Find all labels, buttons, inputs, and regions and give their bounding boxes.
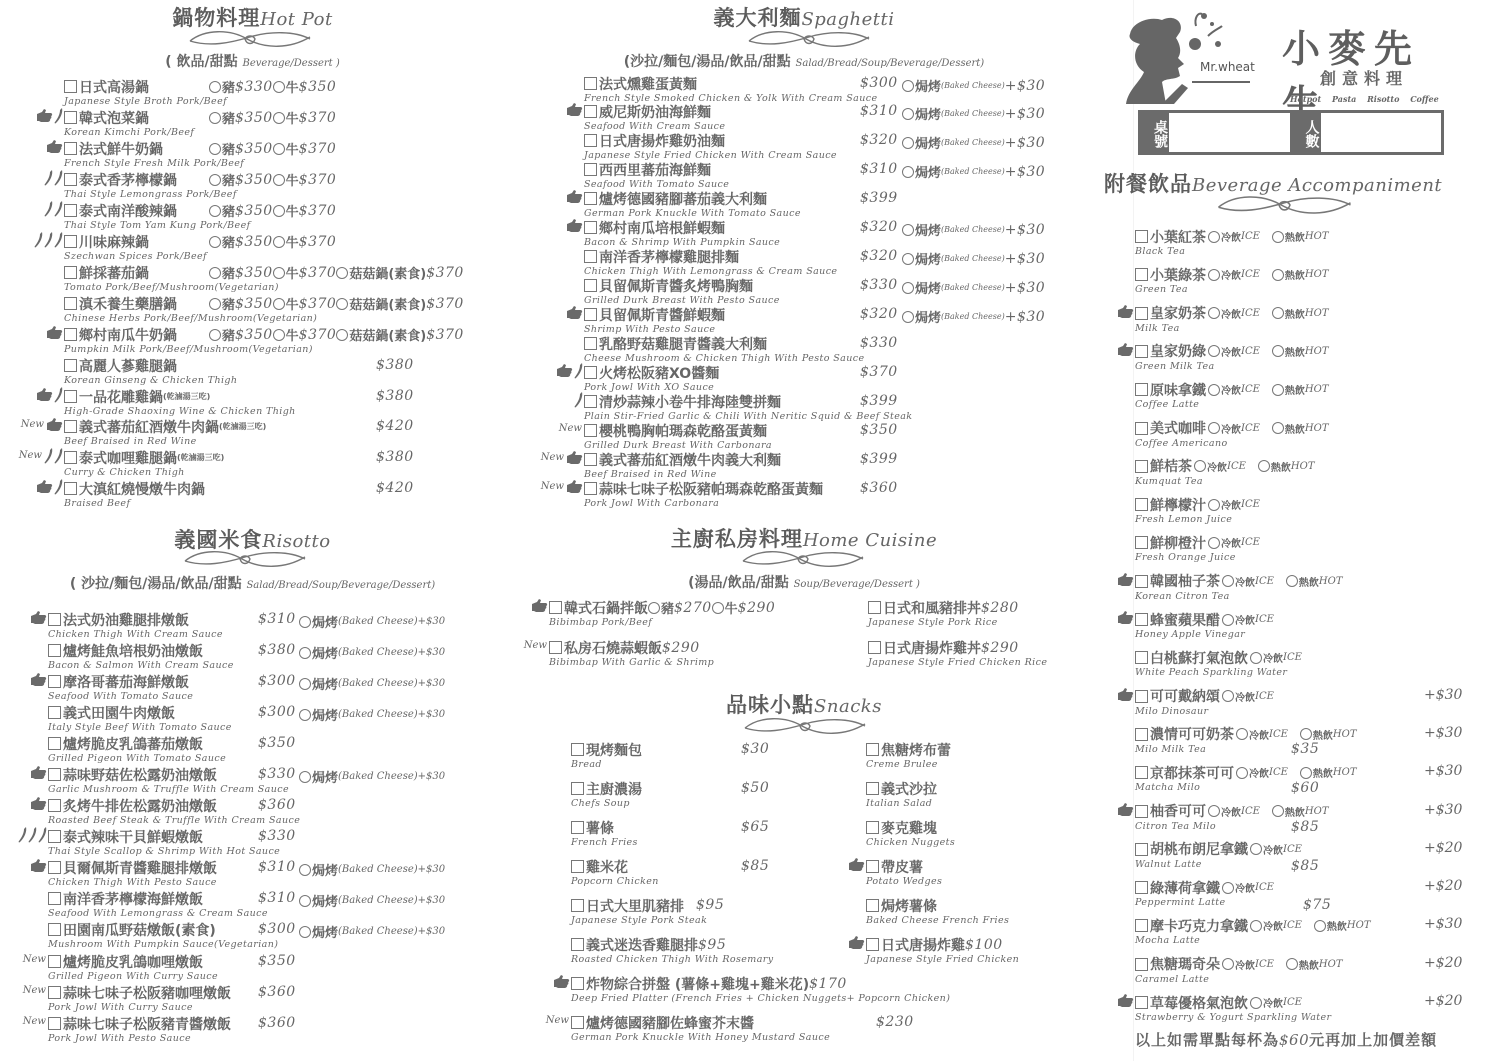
ice-radio[interactable] [1208, 384, 1220, 396]
item-checkbox[interactable] [64, 204, 77, 217]
item-checkbox[interactable] [868, 601, 881, 614]
item-checkbox[interactable] [48, 675, 61, 688]
item-checkbox[interactable] [866, 821, 879, 834]
menu-item-name: 威尼斯奶油海鮮麵 [599, 102, 711, 122]
menu-item-main: 義式蕃茄紅酒燉牛肉義大利麵 [584, 451, 781, 468]
hot-option: 熱飲HOT [1272, 229, 1329, 244]
baked-cheese-radio[interactable] [299, 616, 311, 628]
ice-label: 冷飲 [1221, 535, 1241, 550]
ice-label: 冷飲 [1221, 804, 1241, 819]
menu-item: 主廚濃湯$50Chefs Soup [571, 780, 642, 810]
menu-item-main: 麥克雞塊 [866, 819, 955, 836]
item-checkbox[interactable] [48, 737, 61, 750]
item-checkbox[interactable] [866, 899, 879, 912]
ice-radio[interactable] [1250, 920, 1262, 932]
item-checkbox[interactable] [1135, 613, 1148, 626]
price-option-radio[interactable] [209, 298, 221, 310]
beverage-english: Honey Apple Vinegar [1135, 628, 1274, 641]
beverage-item: 皇家奶茶冷飲ICE熱飲HOTMilk Tea [1135, 305, 1329, 335]
menu-item-english: Thai Style Tom Yam Kung Pork/Beef [64, 219, 336, 232]
hot-radio[interactable] [1272, 805, 1284, 817]
menu-item: 日式大里肌豬排$95Japanese Style Pork Steak [571, 897, 707, 927]
item-checkbox[interactable] [866, 860, 879, 873]
ice-radio[interactable] [1194, 460, 1206, 472]
beverage-item-main: 濃情可可奶茶冷飲ICE熱飲HOT [1135, 726, 1357, 743]
item-checkbox[interactable] [866, 743, 879, 756]
ice-radio[interactable] [1236, 767, 1248, 779]
item-checkbox[interactable] [868, 641, 881, 654]
item-checkbox[interactable] [1135, 575, 1148, 588]
ice-radio[interactable] [1208, 537, 1220, 549]
item-checkbox[interactable] [64, 359, 77, 372]
ice-label: 冷飲 [1249, 765, 1269, 780]
item-checkbox[interactable] [64, 266, 77, 279]
item-checkbox[interactable] [64, 297, 77, 310]
item-checkbox[interactable] [48, 706, 61, 719]
ice-radio[interactable] [1208, 499, 1220, 511]
hot-radio[interactable] [1272, 231, 1284, 243]
price-option-radio[interactable] [273, 112, 285, 124]
price-option-radio[interactable] [336, 298, 348, 310]
option-label: 牛 [286, 139, 299, 158]
item-checkbox[interactable] [48, 644, 61, 657]
ice-label: 冷飲 [1263, 995, 1283, 1010]
baked-label: 焗烤 [312, 612, 338, 631]
recommended-thumb-icon [36, 387, 53, 406]
baked-cheese-option: 焗烤(Baked Cheese)+$30 [299, 674, 445, 693]
price-option-radio[interactable] [712, 602, 724, 614]
item-checkbox[interactable] [64, 111, 77, 124]
menu-item: 威尼斯奶油海鮮麵$310焗烤(Baked Cheese)+$30Seafood … [584, 103, 725, 133]
beverage-name: 小葉紅茶 [1150, 227, 1206, 247]
price-option-radio[interactable] [273, 236, 285, 248]
item-checkbox[interactable] [584, 482, 597, 495]
ice-english: ICE [1241, 308, 1260, 319]
ice-english: ICE [1283, 652, 1302, 663]
ice-label: 冷飲 [1263, 842, 1283, 857]
hot-english: HOT [1305, 384, 1329, 395]
price-option-radio[interactable] [273, 298, 285, 310]
menu-item-price: $320 [860, 306, 898, 322]
menu-item-name: 泰式辣味干貝鮮蝦燉飯 [63, 827, 203, 847]
item-checkbox[interactable] [64, 142, 77, 155]
hot-radio[interactable] [1272, 307, 1284, 319]
menu-item-main: 泰式香茅檸檬鍋豬$350牛$370 [64, 171, 336, 188]
chili-spicy-icon [54, 201, 63, 221]
ice-radio[interactable] [1222, 958, 1234, 970]
baked-cheese-radio[interactable] [299, 864, 311, 876]
hot-option: 熱飲HOT [1272, 306, 1329, 321]
recommended-thumb-icon [46, 325, 63, 344]
item-checkbox[interactable] [571, 782, 584, 795]
menu-item-name: 貝爾佩斯青醬雞腿排燉飯 [63, 858, 217, 878]
item-checkbox[interactable] [64, 420, 77, 433]
ice-radio[interactable] [1222, 575, 1234, 587]
menu-item: 蒜味野菇佐松露奶油燉飯$330焗烤(Baked Cheese)+$30Garli… [48, 766, 289, 796]
menu-item-price: $350 [258, 735, 296, 751]
item-checkbox[interactable] [584, 77, 597, 90]
item-checkbox[interactable] [48, 955, 61, 968]
menu-item-main: 鄉村南瓜培根鮮蝦麵 [584, 219, 780, 236]
recommended-thumb-icon [566, 102, 583, 121]
menu-item: 爐烤德國豬腳蕃茄義大利麵$399German Pork Knuckle With… [584, 190, 801, 220]
option-price: $370 [426, 265, 464, 281]
menu-item: 蒜味七味子松阪豬帕瑪森乾酪蛋黃麵$360Pork Jowl With Carbo… [584, 480, 823, 510]
ice-radio[interactable] [1222, 690, 1234, 702]
hot-radio[interactable] [1272, 269, 1284, 281]
item-checkbox[interactable] [571, 938, 584, 951]
beverage-footer-note: 以上如需單點每杯為$60元再加上加價差額 [1135, 1029, 1437, 1050]
item-checkbox[interactable] [1135, 919, 1148, 932]
item-markers: New [23, 953, 47, 970]
item-markers [1117, 573, 1134, 590]
recommended-thumb-icon [30, 765, 47, 784]
baked-cheese-radio[interactable] [299, 771, 311, 783]
hot-option: 熱飲HOT [1272, 267, 1329, 282]
item-markers [30, 766, 47, 783]
beverage-english: White Peach Sparkling Water [1135, 666, 1302, 679]
price-option-radio[interactable] [209, 329, 221, 341]
hot-radio[interactable] [1272, 345, 1284, 357]
ice-radio[interactable] [1208, 231, 1220, 243]
menu-item-english: Tomato Pork/Beef/Mushroom(Vegetarian) [64, 281, 464, 294]
ice-radio[interactable] [1250, 997, 1262, 1009]
menu-item-main: 爐烤脆皮乳鴿蕃茄燉飯 [48, 735, 226, 752]
menu-item-english: Bread [571, 758, 642, 771]
beverage-english: Korean Citron Tea [1135, 590, 1343, 603]
price-option-radio[interactable] [273, 143, 285, 155]
item-checkbox[interactable] [1135, 268, 1148, 281]
menu-item-english: Korean Ginseng & Chicken Thigh [64, 374, 237, 387]
baked-cheese-radio[interactable] [902, 137, 914, 149]
menu-item: 法式燻雞蛋黃麵$300焗烤(Baked Cheese)+$30French St… [584, 75, 878, 105]
menu-item: 法式奶油雞腿排燉飯$310焗烤(Baked Cheese)+$30Chicken… [48, 611, 223, 641]
ice-english: ICE [1269, 767, 1288, 778]
item-checkbox[interactable] [584, 453, 597, 466]
item-checkbox[interactable] [48, 830, 61, 843]
item-checkbox[interactable] [584, 250, 597, 263]
baked-cheese-radio[interactable] [299, 678, 311, 690]
hot-radio[interactable] [1314, 920, 1326, 932]
item-checkbox[interactable] [64, 173, 77, 186]
upcharge-price: +$20 [1424, 878, 1462, 894]
ice-english: ICE [1241, 231, 1260, 242]
ice-radio[interactable] [1250, 843, 1262, 855]
item-checkbox[interactable] [1135, 766, 1148, 779]
item-checkbox[interactable] [1135, 307, 1148, 320]
beverage-english: Caramel Latte [1135, 973, 1343, 986]
beverage-name: 美式咖啡 [1150, 418, 1206, 438]
item-checkbox[interactable] [48, 799, 61, 812]
price-option-radio[interactable] [209, 205, 221, 217]
menu-item-main: 威尼斯奶油海鮮麵 [584, 103, 725, 120]
menu-item-english: Bibimbap With Garlic & Shrimp [549, 656, 714, 669]
item-markers [1117, 803, 1134, 820]
price-option-radio[interactable] [273, 329, 285, 341]
baked-cheese-radio[interactable] [299, 895, 311, 907]
ice-option: 冷飲ICE [1236, 727, 1288, 742]
baked-cheese-radio[interactable] [299, 709, 311, 721]
menu-item-english: Seafood With Tomato Sauce [48, 690, 193, 703]
item-checkbox[interactable] [1135, 958, 1148, 971]
item-checkbox[interactable] [1135, 805, 1148, 818]
item-checkbox[interactable] [48, 923, 61, 936]
upcharge-price: +$20 [1424, 840, 1462, 856]
item-checkbox[interactable] [584, 337, 597, 350]
option-label: 菇菇鍋(素食) [349, 325, 426, 344]
option-price: $370 [426, 296, 464, 312]
item-checkbox[interactable] [584, 308, 597, 321]
hot-radio[interactable] [1286, 575, 1298, 587]
item-checkbox[interactable] [584, 105, 597, 118]
beverage-item: 草莓優格氣泡飲冷飲ICEStrawberry & Yogurt Sparklin… [1135, 994, 1332, 1024]
spaghetti-title: 義大利麵Spaghetti [508, 2, 1100, 32]
recommended-thumb-icon [566, 479, 583, 498]
baked-cheese-radio[interactable] [299, 647, 311, 659]
item-checkbox[interactable] [1135, 728, 1148, 741]
baked-cheese-radio[interactable] [902, 253, 914, 265]
menu-item: 滇禾養生藥膳鍋豬$350牛$370菇菇鍋(素食)$370Chinese Herb… [64, 295, 464, 325]
price-option: 豬$350 [209, 139, 273, 158]
menu-item: 焗烤薯條$75Baked Cheese French Fries [866, 897, 1009, 927]
price-option: 牛$290 [712, 598, 776, 617]
baked-cheese-radio[interactable] [902, 80, 914, 92]
upcharge-price: +$30 [1424, 763, 1462, 779]
price-option-radio[interactable] [209, 143, 221, 155]
beverage-item: 原味拿鐵冷飲ICE熱飲HOTCoffee Latte [1135, 381, 1329, 411]
item-checkbox[interactable] [48, 861, 61, 874]
item-checkbox[interactable] [571, 743, 584, 756]
item-checkbox[interactable] [64, 235, 77, 248]
baked-cheese-radio[interactable] [902, 166, 914, 178]
item-checkbox[interactable] [584, 424, 597, 437]
menu-item-name: 日式和風豬排丼 [883, 598, 981, 618]
recommended-thumb-icon [556, 363, 573, 382]
price-option-radio[interactable] [336, 329, 348, 341]
ice-label: 冷飲 [1249, 727, 1269, 742]
ice-radio[interactable] [1222, 882, 1234, 894]
item-checkbox[interactable] [64, 390, 77, 403]
people-count-field[interactable] [1321, 113, 1442, 152]
price-option-radio[interactable] [648, 602, 660, 614]
hot-radio[interactable] [1300, 767, 1312, 779]
ice-radio[interactable] [1208, 345, 1220, 357]
price-option-radio[interactable] [209, 112, 221, 124]
menu-item: 泰式咖哩雞腿鍋(乾滷湯三吃)$380Curry & Chicken Thigh [64, 449, 224, 479]
ice-radio[interactable] [1208, 307, 1220, 319]
item-checkbox[interactable] [64, 328, 77, 341]
option-price: $370 [299, 296, 337, 312]
menu-item-name: 義式迷迭香雞腿排 [586, 935, 698, 955]
ice-english: ICE [1283, 844, 1302, 855]
menu-item-english: Chicken Nuggets [866, 836, 955, 849]
item-checkbox[interactable] [571, 977, 584, 990]
item-checkbox[interactable] [48, 892, 61, 905]
item-markers [30, 859, 47, 876]
hot-label: 熱飲 [1299, 574, 1319, 589]
table-number-field[interactable] [1169, 113, 1290, 152]
ice-label: 冷飲 [1235, 574, 1255, 589]
menu-item-main: 泰式咖哩雞腿鍋(乾滷湯三吃) [64, 449, 224, 466]
hot-radio[interactable] [1258, 460, 1270, 472]
item-markers [566, 103, 583, 120]
ice-radio[interactable] [1250, 652, 1262, 664]
item-checkbox[interactable] [584, 366, 597, 379]
item-checkbox[interactable] [48, 613, 61, 626]
baked-cheese-option: 焗烤(Baked Cheese)+$30 [299, 922, 445, 941]
price-option-radio[interactable] [209, 174, 221, 186]
item-checkbox[interactable] [1135, 460, 1148, 473]
ice-radio[interactable] [1208, 422, 1220, 434]
ice-option: 冷飲ICE [1208, 497, 1260, 512]
baked-cheese-radio[interactable] [902, 311, 914, 323]
item-checkbox[interactable] [1135, 345, 1148, 358]
option-label: 牛 [286, 77, 299, 96]
ice-radio[interactable] [1236, 728, 1248, 740]
baked-label: 焗烤 [915, 249, 941, 268]
menu-item-main: 貝留佩斯青醬鮮蝦麵 [584, 306, 725, 323]
price-option: 豬$350 [209, 263, 273, 282]
hot-radio[interactable] [1272, 422, 1284, 434]
menu-item-name: 麥克雞塊 [881, 818, 937, 838]
baked-label: 焗烤 [312, 860, 338, 879]
price-option-radio[interactable] [273, 174, 285, 186]
price-option-radio[interactable] [209, 267, 221, 279]
item-checkbox[interactable] [866, 782, 879, 795]
baked-cheese-radio[interactable] [902, 108, 914, 120]
item-checkbox[interactable] [1135, 996, 1148, 1009]
price-option-radio[interactable] [209, 236, 221, 248]
ice-label: 冷飲 [1235, 880, 1255, 895]
baked-english: (Baked Cheese) [941, 254, 1005, 263]
item-checkbox[interactable] [571, 860, 584, 873]
item-checkbox[interactable] [1135, 422, 1148, 435]
baked-cheese-radio[interactable] [902, 282, 914, 294]
price-option-radio[interactable] [273, 81, 285, 93]
baked-label: 焗烤 [915, 307, 941, 326]
item-checkbox[interactable] [1135, 881, 1148, 894]
price-option: 豬$270 [648, 598, 712, 617]
item-checkbox[interactable] [584, 163, 597, 176]
menu-item-english: Braised Beef [64, 497, 209, 510]
option-price: $370 [299, 141, 337, 157]
item-checkbox[interactable] [64, 451, 77, 464]
item-checkbox[interactable] [571, 1016, 584, 1029]
menu-item-name: 乳酪野菇雞腿青醬義大利麵 [599, 334, 767, 354]
baked-label: 焗烤 [915, 162, 941, 181]
ice-english: ICE [1255, 614, 1274, 625]
ice-radio[interactable] [1208, 269, 1220, 281]
item-checkbox[interactable] [549, 641, 562, 654]
price-option: 牛$370 [273, 201, 337, 220]
baked-price: +$30 [1005, 106, 1045, 122]
hot-radio[interactable] [1272, 384, 1284, 396]
menu-item-price: $310 [860, 103, 898, 119]
item-checkbox[interactable] [571, 821, 584, 834]
menu-item-main: 義式蕃茄紅酒燉牛肉鍋(乾滷湯三吃) [64, 418, 266, 435]
item-checkbox[interactable] [584, 395, 597, 408]
item-checkbox[interactable] [584, 134, 597, 147]
price-option-radio[interactable] [209, 81, 221, 93]
item-checkbox[interactable] [48, 986, 61, 999]
ice-option: 冷飲ICE [1236, 765, 1288, 780]
item-checkbox[interactable] [64, 80, 77, 93]
menu-item-main: 義式田園牛肉燉飯 [48, 704, 232, 721]
item-checkbox[interactable] [1135, 230, 1148, 243]
price-option-radio[interactable] [273, 267, 285, 279]
menu-item-name: 爐烤德國豬腳佐蜂蜜芥末醬 [586, 1013, 754, 1033]
item-checkbox[interactable] [48, 768, 61, 781]
beverage-item: 摩卡巧克力拿鐵冷飲ICE熱飲HOTMocha Latte [1135, 917, 1371, 947]
baked-english: (Baked Cheese)+$30 [338, 647, 445, 658]
menu-item-name: 泰式咖哩雞腿鍋 [79, 448, 177, 468]
beverage-english: Mocha Latte [1135, 934, 1371, 947]
item-checkbox[interactable] [1135, 498, 1148, 511]
menu-item-english: Japanese Style Fried Chicken Rice [868, 656, 1047, 669]
menu-item-price: $65 [741, 819, 769, 835]
item-checkbox[interactable] [866, 938, 879, 951]
baked-cheese-radio[interactable] [902, 224, 914, 236]
item-markers [1117, 305, 1134, 322]
ice-label: 冷飲 [1221, 421, 1241, 436]
menu-item-main: 私房石燒蒜蝦飯$290 [549, 639, 714, 656]
beverage-item-main: 小葉紅茶冷飲ICE熱飲HOT [1135, 228, 1329, 245]
item-checkbox[interactable] [64, 482, 77, 495]
item-checkbox[interactable] [1135, 651, 1148, 664]
option-label: 牛 [286, 201, 299, 220]
item-checkbox[interactable] [584, 279, 597, 292]
beverage-item: 京都抹茶可可冷飲ICE熱飲HOTMatcha Milo [1135, 764, 1357, 794]
menu-item-name: 義式田園牛肉燉飯 [63, 703, 175, 723]
menu-item-english: French Fries [571, 836, 638, 849]
beverage-english: Milo Dinosaur [1135, 705, 1274, 718]
price-option-radio[interactable] [273, 205, 285, 217]
hot-radio[interactable] [1286, 958, 1298, 970]
item-checkbox[interactable] [1135, 536, 1148, 549]
menu-item-english: Grilled Pigeon With Tomato Sauce [48, 752, 226, 765]
hot-english: HOT [1305, 423, 1329, 434]
item-checkbox[interactable] [48, 1017, 61, 1030]
ice-radio[interactable] [1208, 805, 1220, 817]
item-checkbox[interactable] [1135, 383, 1148, 396]
item-checkbox[interactable] [549, 601, 562, 614]
item-checkbox[interactable] [1135, 690, 1148, 703]
hot-english: HOT [1333, 729, 1357, 740]
brand-tags: Hotpot Pasta Risotto Coffee [1290, 94, 1439, 104]
people-count-label: 人數 [1293, 113, 1321, 152]
item-checkbox[interactable] [1135, 843, 1148, 856]
hot-radio[interactable] [1300, 728, 1312, 740]
baked-cheese-radio[interactable] [299, 926, 311, 938]
flourish-divider [1212, 194, 1357, 216]
menu-item-main: 櫻桃鴨胸帕瑪森乾酪蛋黃麵 [584, 422, 772, 439]
hot-option: 熱飲HOT [1272, 421, 1329, 436]
beverage-item-main: 京都抹茶可可冷飲ICE熱飲HOT [1135, 764, 1357, 781]
ice-radio[interactable] [1222, 614, 1234, 626]
menu-item-english: Chicken Thigh With Pesto Sauce [48, 876, 217, 889]
item-checkbox[interactable] [571, 899, 584, 912]
option-price: $330 [235, 79, 273, 95]
item-checkbox[interactable] [584, 192, 597, 205]
item-checkbox[interactable] [584, 221, 597, 234]
menu-item: 清炒蒜辣小卷牛排海陸雙拼麵$399Plain Stir-Fried Garlic… [584, 393, 912, 423]
hotpot-title: 鍋物料理Hot Pot [0, 2, 505, 32]
menu-item-main: 蒜味七味子松阪豬咖哩燉飯 [48, 984, 231, 1001]
beverage-item-main: 草莓優格氣泡飲冷飲ICE [1135, 994, 1332, 1011]
home-cuisine-includes: (湯品/飲品/甜點 Soup/Beverage/Dessert ) [508, 572, 1100, 592]
menu-item: 泰式香茅檸檬鍋豬$350牛$370Thai Style Lemongrass P… [64, 171, 336, 201]
price-option-radio[interactable] [336, 267, 348, 279]
